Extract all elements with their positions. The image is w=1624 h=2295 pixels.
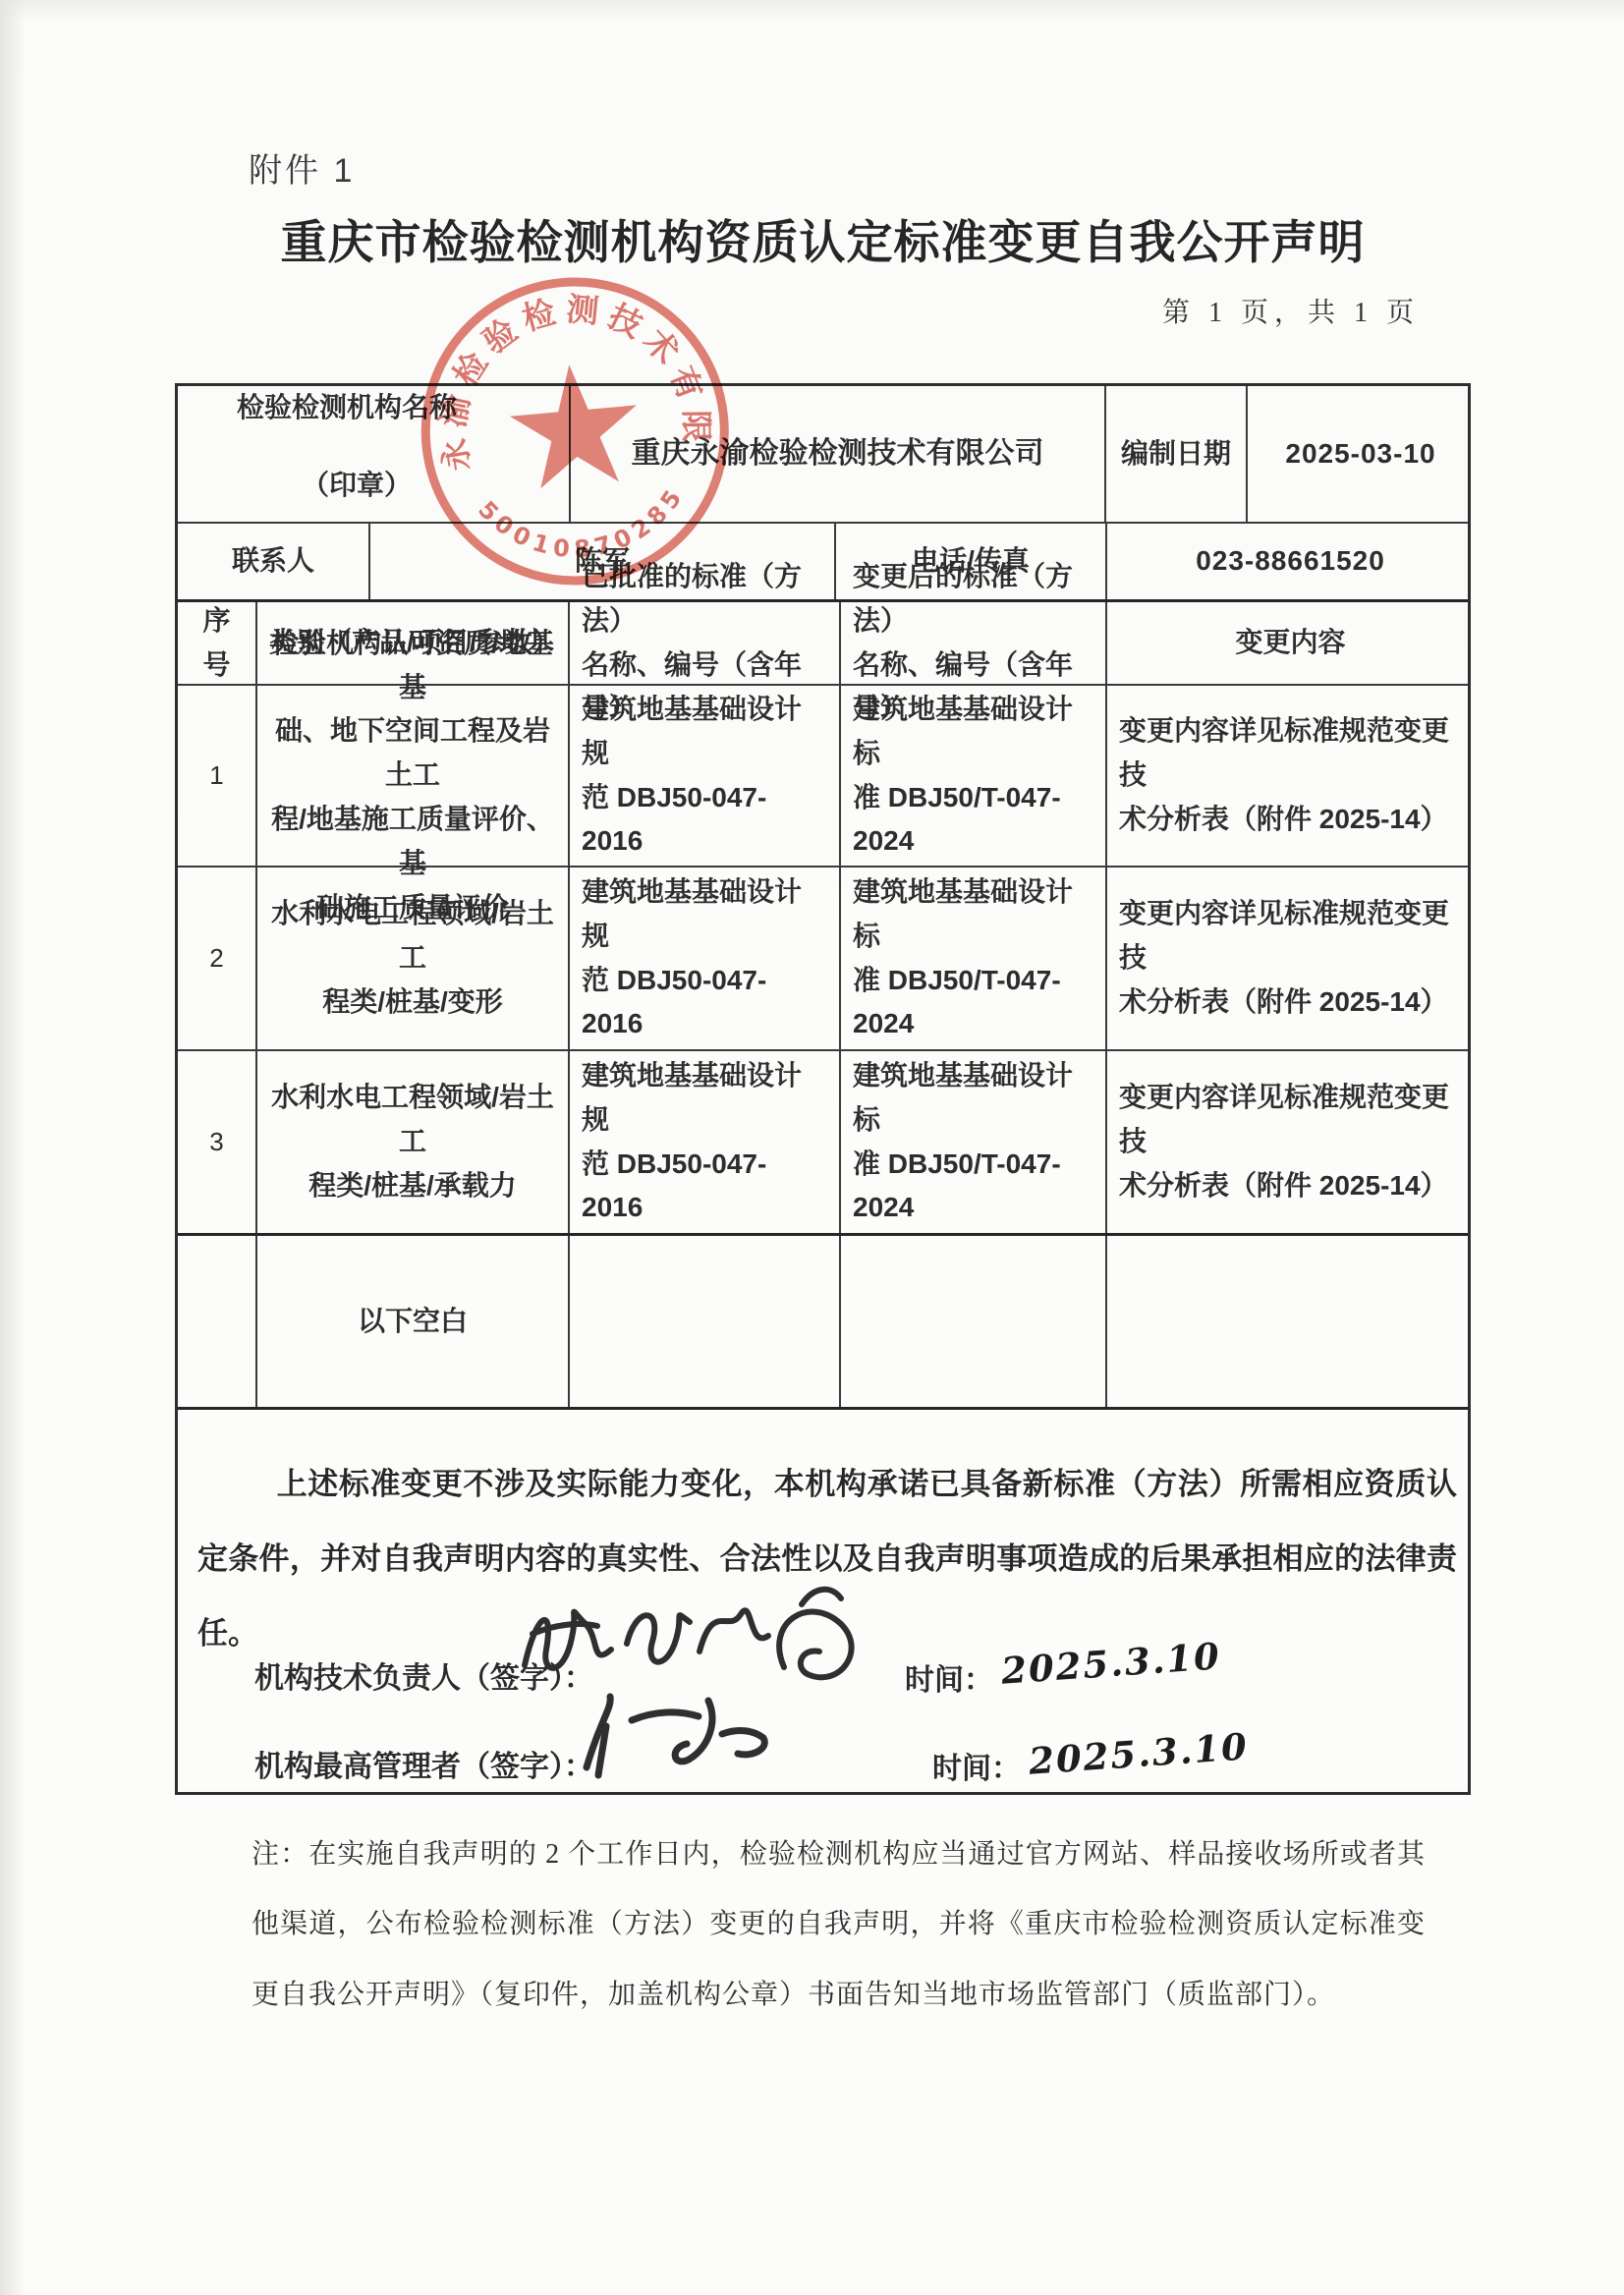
tech-time-label: 时间：: [905, 1655, 993, 1699]
page-number: 第 1 页，共 1 页: [1081, 291, 1420, 330]
table-row: 1 检验机构认可资质/地基基 础、地下空间工程及岩土工 程/地基施工质量评价、基…: [178, 686, 1468, 868]
table-row: 2 水利水电工程领域/岩土工 程类/桩基/变形 建筑地基基础设计规 范 DBJ5…: [178, 868, 1468, 1051]
row3-seq: 3: [178, 1051, 257, 1233]
row2-approved: 建筑地基基础设计规 范 DBJ50-047-2016: [570, 868, 841, 1049]
declaration-table: 检验检测机构名称 （印章） 重庆永渝检验检测技术有限公司 编制日期 2025-0…: [175, 383, 1471, 1795]
date-label-cell: 编制日期: [1106, 386, 1248, 522]
date-value-cell: 2025-03-10: [1248, 386, 1474, 522]
org-name-label-cell: 检验检测机构名称 （印章）: [178, 386, 571, 522]
attachment-label: 附件 1: [249, 143, 355, 192]
org-seal-label: （印章）: [302, 464, 412, 508]
row4-category: 以下空白: [257, 1236, 570, 1407]
row4-revised: [841, 1236, 1107, 1407]
row1-category: 检验机构认可资质/地基基 础、地下空间工程及岩土工 程/地基施工质量评价、基 础…: [257, 686, 570, 866]
row3-revised: 建筑地基基础设计标 准 DBJ50/T-047-2024: [841, 1051, 1107, 1233]
footnote: 注：在实施自我声明的 2 个工作日内，检验检测机构应当通过官方网站、样品接收场所…: [252, 1819, 1426, 2030]
row2-seq: 2: [178, 868, 257, 1049]
row4-change: [1107, 1236, 1474, 1407]
header-revised-standard: 变更后的标准（方法） 名称、编号（含年号）: [841, 602, 1107, 684]
org-name-row: 检验检测机构名称 （印章） 重庆永渝检验检测技术有限公司 编制日期 2025-0…: [178, 386, 1468, 524]
org-name-value-cell: 重庆永渝检验检测技术有限公司: [571, 386, 1106, 522]
row4-seq: [178, 1236, 257, 1407]
contact-label-cell: 联系人: [178, 524, 370, 599]
page-title: 重庆市检验检测机构资质认定标准变更自我公开声明: [175, 206, 1471, 272]
phone-value-cell: 023-88661520: [1107, 524, 1474, 599]
row3-category: 水利水电工程领域/岩土工 程类/桩基/承载力: [257, 1051, 570, 1233]
header-change-content: 变更内容: [1107, 602, 1474, 684]
row3-approved: 建筑地基基础设计规 范 DBJ50-047-2016: [570, 1051, 841, 1233]
manager-signer-label: 机构最高管理者（签字）：: [254, 1742, 593, 1785]
scanned-document-page: 附件 1 重庆市检验检测机构资质认定标准变更自我公开声明 第 1 页，共 1 页…: [0, 0, 1624, 2295]
row2-change: 变更内容详见标准规范变更技 术分析表（附件 2025-14）: [1107, 868, 1474, 1049]
table-row: 3 水利水电工程领域/岩土工 程类/桩基/承载力 建筑地基基础设计规 范 DBJ…: [178, 1051, 1468, 1236]
manager-time-value: 2025.3.10: [1028, 1724, 1251, 1783]
row1-approved: 建筑地基基础设计规 范 DBJ50-047-2016: [570, 686, 841, 866]
row2-revised: 建筑地基基础设计标 准 DBJ50/T-047-2024: [841, 868, 1107, 1049]
row1-change: 变更内容详见标准规范变更技 术分析表（附件 2025-14）: [1107, 686, 1474, 866]
table-row: 以下空白: [178, 1236, 1468, 1410]
org-name-label: 检验检测机构名称: [237, 386, 457, 430]
manager-time-label: 时间：: [932, 1744, 1021, 1787]
row4-approved: [570, 1236, 841, 1407]
header-seq: 序号: [178, 602, 257, 684]
row1-seq: 1: [178, 686, 257, 866]
manager-signature-handwriting: [559, 1687, 795, 1785]
commitment-section: 上述标准变更不涉及实际能力变化，本机构承诺已具备新标准（方法）所需相应资质认定条…: [178, 1410, 1468, 1798]
row1-revised: 建筑地基基础设计标 准 DBJ50/T-047-2024: [841, 686, 1107, 866]
row3-change: 变更内容详见标准规范变更技 术分析表（附件 2025-14）: [1107, 1051, 1474, 1233]
row2-category: 水利水电工程领域/岩土工 程类/桩基/变形: [257, 868, 570, 1049]
header-approved-standard: 已批准的标准（方法） 名称、编号（含年号）: [570, 602, 841, 684]
